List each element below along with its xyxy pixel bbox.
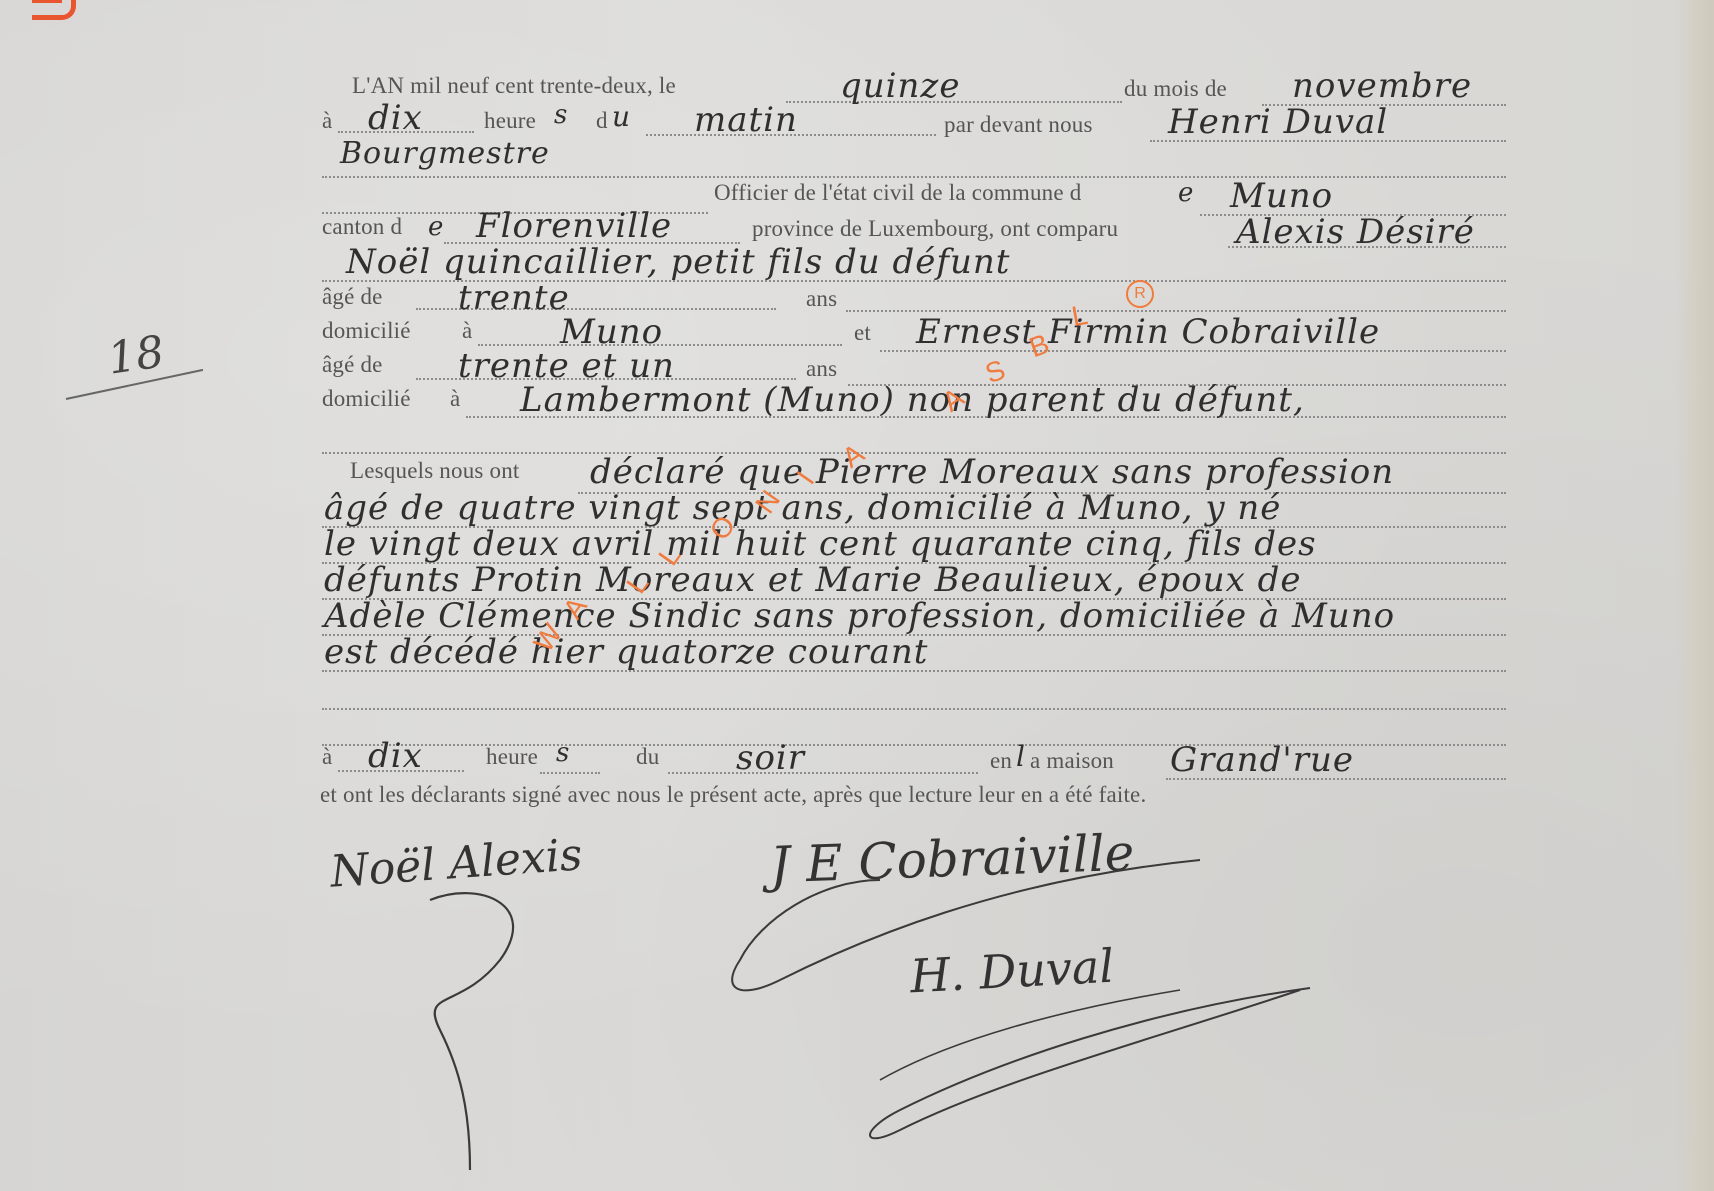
registered-mark-icon: R <box>1126 280 1154 308</box>
signature-flourishes <box>0 0 1714 1191</box>
register-form: L'AN mil neuf cent trente-deux, le quinz… <box>0 0 1714 1191</box>
